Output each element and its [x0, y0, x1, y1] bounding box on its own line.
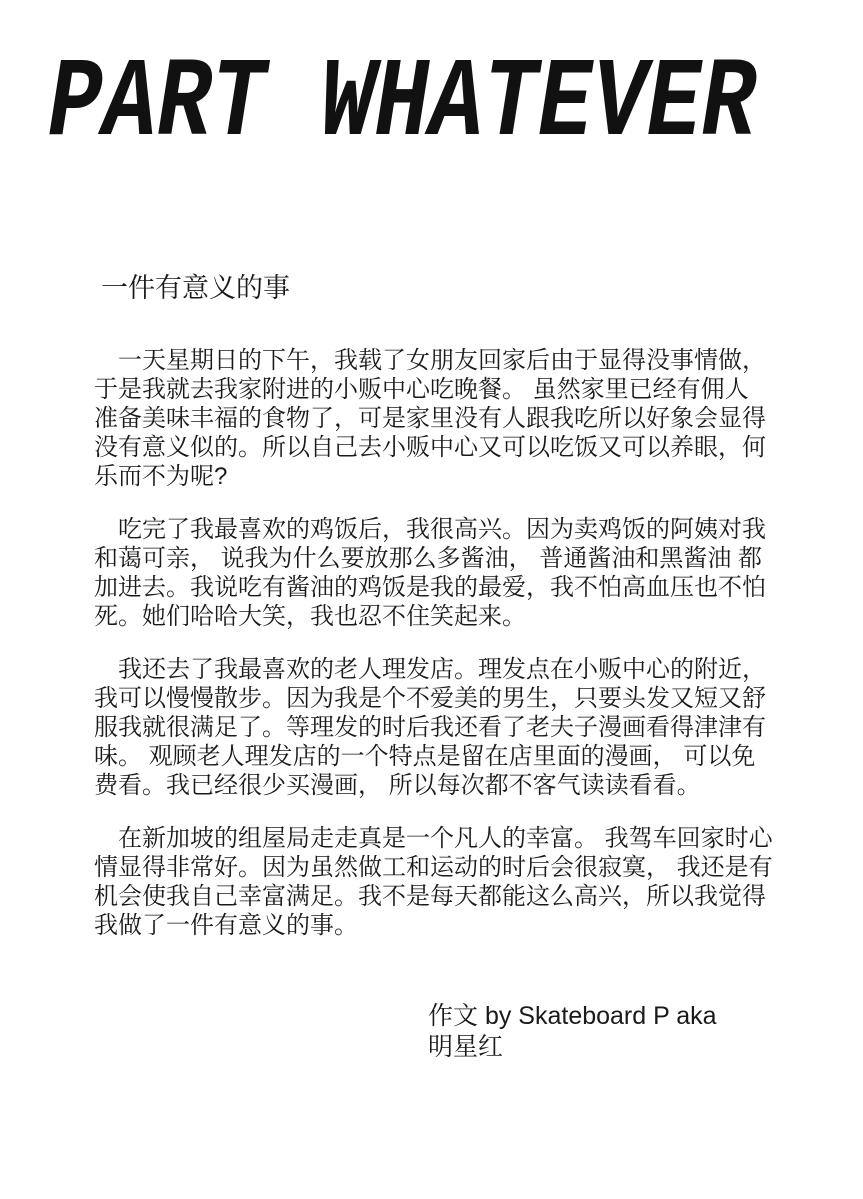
byline-alias-line: 明星红	[428, 1032, 717, 1063]
document-page: PART WHATEVER 一件有意义的事 一天星期日的下午，我载了女朋友回家后…	[0, 0, 863, 1199]
essay-body: 一天星期日的下午，我载了女朋友回家后由于显得没事情做， 于是我就去我家附进的小贩…	[94, 346, 814, 964]
page-title: PART WHATEVER	[48, 42, 756, 167]
byline-author-line: 作文 by Skateboard P aka	[428, 1001, 717, 1032]
essay-paragraph-3: 我还去了我最喜欢的老人理发店。理发点在小贩中心的附近， 我可以慢慢散步。因为我是…	[94, 655, 814, 800]
essay-paragraph-1: 一天星期日的下午，我载了女朋友回家后由于显得没事情做， 于是我就去我家附进的小贩…	[94, 346, 814, 491]
essay-title: 一件有意义的事	[101, 272, 290, 304]
essay-paragraph-2: 吃完了我最喜欢的鸡饭后，我很高兴。因为卖鸡饭的阿姨对我 和蔼可亲， 说我为什么要…	[94, 515, 814, 631]
byline: 作文 by Skateboard P aka 明星红	[428, 1001, 717, 1063]
essay-paragraph-4: 在新加坡的组屋局走走真是一个凡人的幸富。 我驾车回家时心 情显得非常好。因为虽然…	[94, 824, 814, 940]
